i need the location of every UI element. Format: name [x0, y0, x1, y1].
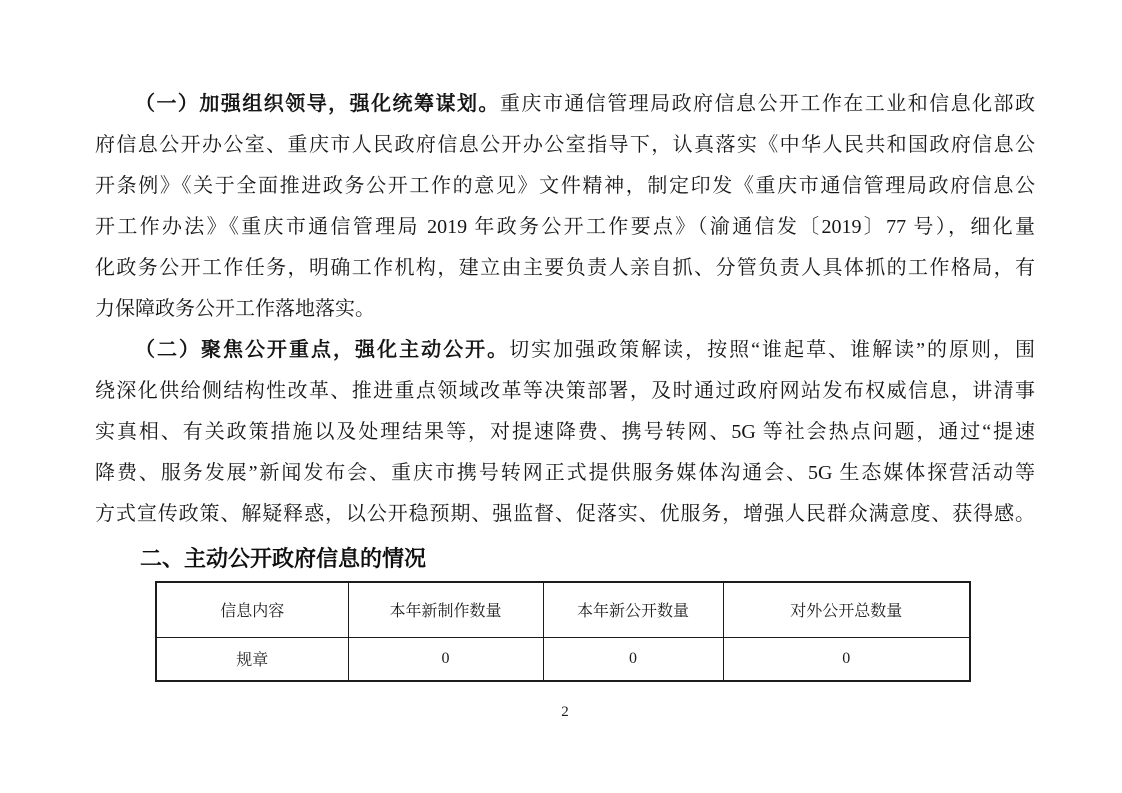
paragraph-1: （一）加强组织领导，强化统筹谋划。重庆市通信管理局政府信息公开工作在工业和信息化… [95, 84, 1035, 330]
info-disclosure-table: 信息内容 本年新制作数量 本年新公开数量 对外公开总数量 规章 0 0 0 [155, 581, 971, 682]
paragraph-line: 方式宣传政策、解疑释惑，以公开稳预期、强监督、促落实、优服务，增强人民群众满意度… [95, 494, 1035, 535]
table-cell: 0 [348, 637, 543, 681]
paragraph-line: 绕深化供给侧结构性改革、推进重点领域改革等决策部署，及时通过政府网站发布权威信息… [95, 371, 1035, 412]
table-header-cell: 对外公开总数量 [723, 582, 970, 637]
paragraph-line: 府信息公开办公室、重庆市人民政府信息公开办公室指导下，认真落实《中华人民共和国政… [95, 125, 1035, 166]
table-cell: 规章 [156, 637, 348, 681]
paragraph-line: 实真相、有关政策措施以及处理结果等，对提速降费、携号转网、5G 等社会热点问题，… [95, 412, 1035, 453]
table-header-cell: 信息内容 [156, 582, 348, 637]
paragraph-line: 力保障政务公开工作落地落实。 [95, 289, 1035, 330]
document-page: （一）加强组织领导，强化统筹谋划。重庆市通信管理局政府信息公开工作在工业和信息化… [0, 0, 1122, 793]
paragraph-text: 重庆市通信管理局政府信息公开工作在工业和信息化部政 [500, 93, 1035, 115]
table-header-cell: 本年新公开数量 [543, 582, 723, 637]
paragraph-lead: （二）聚焦公开重点，强化主动公开。 [135, 339, 509, 361]
paragraph-line: （二）聚焦公开重点，强化主动公开。切实加强政策解读，按照“谁起草、谁解读”的原则… [95, 330, 1035, 371]
table-cell: 0 [543, 637, 723, 681]
table-row: 规章 0 0 0 [156, 637, 970, 681]
paragraph-line: 降费、服务发展”新闻发布会、重庆市携号转网正式提供服务媒体沟通会、5G 生态媒体… [95, 453, 1035, 494]
paragraph-line: 开工作办法》《重庆市通信管理局 2019 年政务公开工作要点》（渝通信发〔201… [95, 207, 1035, 248]
paragraph-line: 化政务公开工作任务，明确工作机构，建立由主要负责人亲自抓、分管负责人具体抓的工作… [95, 248, 1035, 289]
document-body: （一）加强组织领导，强化统筹谋划。重庆市通信管理局政府信息公开工作在工业和信息化… [0, 0, 1122, 721]
table-header-row: 信息内容 本年新制作数量 本年新公开数量 对外公开总数量 [156, 582, 970, 637]
paragraph-text: 切实加强政策解读，按照“谁起草、谁解读”的原则，围 [509, 339, 1035, 361]
paragraph-line: （一）加强组织领导，强化统筹谋划。重庆市通信管理局政府信息公开工作在工业和信息化… [95, 84, 1035, 125]
page-number: 2 [95, 703, 1035, 721]
table-header-cell: 本年新制作数量 [348, 582, 543, 637]
table-cell: 0 [723, 637, 970, 681]
section-heading: 二、主动公开政府信息的情况 [140, 541, 1035, 577]
paragraph-2: （二）聚焦公开重点，强化主动公开。切实加强政策解读，按照“谁起草、谁解读”的原则… [95, 330, 1035, 535]
paragraph-lead: （一）加强组织领导，强化统筹谋划。 [135, 93, 500, 115]
paragraph-line: 开条例》《关于全面推进政务公开工作的意见》文件精神，制定印发《重庆市通信管理局政… [95, 166, 1035, 207]
